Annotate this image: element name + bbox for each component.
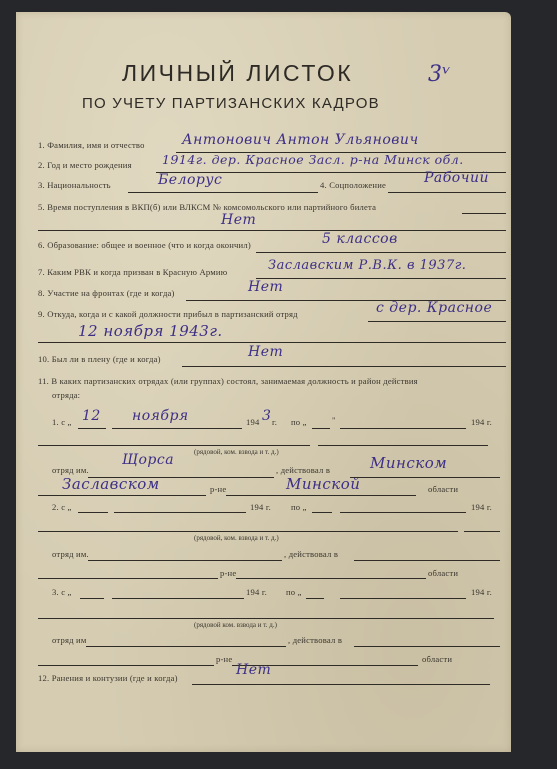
entry-1-number: 1. с „ bbox=[52, 417, 72, 427]
entry-3-number: 3. с „ bbox=[52, 587, 72, 597]
entry-2-position-line-b bbox=[464, 531, 500, 532]
field-10-label: 10. Был ли в плену (где и когда) bbox=[38, 354, 161, 364]
entry-3-year-a: 194 г. bbox=[246, 587, 267, 597]
entry-1-position-line-b bbox=[318, 445, 488, 446]
entry-2-to-month-line bbox=[340, 512, 466, 513]
entry-3-to-label: по „ bbox=[286, 587, 302, 597]
entry-3-operated-label: , действовал в bbox=[288, 635, 342, 645]
entry-3-district-label: р-не bbox=[216, 654, 232, 664]
entry-1-district-value: Заславском bbox=[62, 475, 160, 493]
field-7-line bbox=[256, 278, 506, 279]
field-6-line bbox=[256, 252, 506, 253]
field-10-line bbox=[182, 366, 506, 367]
field-5-value: Нет bbox=[221, 212, 256, 228]
field-2-value: 1914г. дер. Красное Засл. р-на Минск обл… bbox=[162, 152, 464, 167]
field-4-line bbox=[388, 192, 506, 193]
entry-3-position-hint: (рядовой ком. взвода и т. д.) bbox=[194, 621, 277, 629]
entry-1-to-day-line bbox=[312, 428, 330, 429]
field-5-line-a bbox=[462, 213, 506, 214]
entry-3-month-line bbox=[112, 598, 244, 599]
field-9-label: 9. Откуда, когда и с какой должности при… bbox=[38, 309, 298, 319]
entry-3-day-line bbox=[80, 598, 104, 599]
entry-2-to-day-line bbox=[312, 512, 332, 513]
entry-2-operated-label: , действовал в bbox=[284, 549, 338, 559]
entry-1-to-month-line bbox=[340, 428, 466, 429]
document-sheet: ЛИЧНЫЙ ЛИСТОК 3ᵛ ПО УЧЕТУ ПАРТИЗАНСКИХ К… bbox=[16, 12, 511, 752]
entry-1-region-value: Минской bbox=[286, 475, 360, 493]
field-3-line bbox=[128, 192, 318, 193]
entry-3-detachment-line bbox=[86, 646, 286, 647]
field-6-label: 6. Образование: общее и военное (что и к… bbox=[38, 240, 251, 250]
field-3-label: 3. Национальность bbox=[38, 180, 111, 190]
title-annotation: 3ᵛ bbox=[428, 62, 451, 87]
entry-3-to-month-line bbox=[340, 598, 466, 599]
entry-1-region-line bbox=[226, 495, 416, 496]
entry-3-detachment-label: отряд им bbox=[52, 635, 86, 645]
entry-1-to-label: по „ bbox=[291, 417, 307, 427]
field-9-line-b bbox=[38, 342, 506, 343]
entry-2-position-line-a bbox=[38, 531, 458, 532]
entry-2-year-b: 194 г. bbox=[471, 502, 492, 512]
field-9-value-line1: с дер. Красное bbox=[376, 300, 492, 316]
field-8-label: 8. Участие на фронтах (где и когда) bbox=[38, 288, 175, 298]
entry-2-number: 2. с „ bbox=[52, 502, 72, 512]
entry-2-district-line bbox=[38, 578, 218, 579]
field-4-label: 4. Соцположение bbox=[320, 180, 386, 190]
entry-1-from-day: 12 bbox=[82, 408, 101, 424]
entry-2-to-label: по „ bbox=[291, 502, 307, 512]
entry-1-operated-value: Минском bbox=[370, 454, 447, 472]
field-12-line bbox=[192, 684, 490, 685]
entry-3-to-day-line bbox=[306, 598, 324, 599]
entry-2-operated-line bbox=[354, 560, 500, 561]
entry-2-month-line bbox=[114, 512, 246, 513]
entry-1-year-digit: 3 bbox=[262, 408, 271, 424]
entry-1-month-line bbox=[112, 428, 242, 429]
entry-1-from-month: ноября bbox=[132, 408, 189, 424]
entry-1-position-line-a bbox=[38, 445, 310, 446]
entry-3-region-label: области bbox=[422, 654, 452, 664]
field-5-label: 5. Время поступления в ВКП(б) или ВЛКСМ … bbox=[38, 202, 376, 212]
entry-2-year-a: 194 г. bbox=[250, 502, 271, 512]
entry-1-day-line bbox=[78, 428, 106, 429]
entry-2-detachment-line bbox=[88, 560, 282, 561]
document-subtitle: ПО УЧЕТУ ПАРТИЗАНСКИХ КАДРОВ bbox=[82, 95, 380, 112]
entry-1-year-suffix: г. bbox=[272, 417, 277, 427]
entry-2-region-label: области bbox=[428, 568, 458, 578]
entry-2-region-line bbox=[236, 578, 426, 579]
entry-1-position-hint: (рядовой, ком. взвода и т. д.) bbox=[194, 448, 279, 456]
field-9-value-line2: 12 ноября 1943г. bbox=[78, 322, 223, 340]
entry-2-detachment-label: отряд им. bbox=[52, 549, 89, 559]
entry-1-to-quote: " bbox=[332, 415, 336, 425]
field-7-value: Заславским Р.В.К. в 1937г. bbox=[268, 258, 466, 273]
entry-1-district-label: р-не bbox=[210, 484, 226, 494]
entry-1-region-label: области bbox=[428, 484, 458, 494]
entry-3-district-line bbox=[38, 665, 214, 666]
entry-1-district-line bbox=[38, 495, 206, 496]
entry-2-district-label: р-не bbox=[220, 568, 236, 578]
entry-3-year-b: 194 г. bbox=[471, 587, 492, 597]
field-5-line-b bbox=[38, 230, 506, 231]
field-6-value: 5 классов bbox=[322, 231, 398, 247]
field-11-label-line2: отряда: bbox=[52, 390, 80, 400]
entry-1-operated-label: , действовал в bbox=[276, 465, 330, 475]
field-12-value: Нет bbox=[236, 662, 271, 678]
field-12-label: 12. Ранения и контузии (где и когда) bbox=[38, 673, 178, 683]
entry-1-detachment-label: отряд им. bbox=[52, 465, 89, 475]
entry-2-position-hint: (рядовой, ком. взвода и т. д.) bbox=[194, 534, 279, 542]
field-8-value: Нет bbox=[248, 279, 283, 295]
entry-2-day-line bbox=[78, 512, 108, 513]
field-7-label: 7. Каким РВК и когда призван в Красную А… bbox=[38, 267, 227, 277]
field-2-label: 2. Год и место рождения bbox=[38, 160, 132, 170]
field-10-value: Нет bbox=[248, 344, 283, 360]
field-1-value: Антонович Антон Ульянович bbox=[182, 132, 419, 148]
field-1-label: 1. Фамилия, имя и отчество bbox=[38, 140, 145, 150]
entry-3-operated-line bbox=[354, 646, 500, 647]
field-3-value: Белорус bbox=[158, 172, 222, 188]
field-9-line-a bbox=[368, 321, 506, 322]
entry-3-position-line bbox=[38, 618, 494, 619]
field-11-label-line1: 11. В каких партизанских отрядах (или гр… bbox=[38, 376, 418, 386]
document-title: ЛИЧНЫЙ ЛИСТОК bbox=[122, 60, 353, 87]
entry-1-operated-line bbox=[350, 477, 500, 478]
entry-1-year-prefix: 194 bbox=[246, 417, 260, 427]
entry-1-to-year: 194 г. bbox=[471, 417, 492, 427]
field-4-value: Рабочий bbox=[424, 170, 489, 186]
entry-1-detachment-value: Щорса bbox=[122, 452, 174, 468]
